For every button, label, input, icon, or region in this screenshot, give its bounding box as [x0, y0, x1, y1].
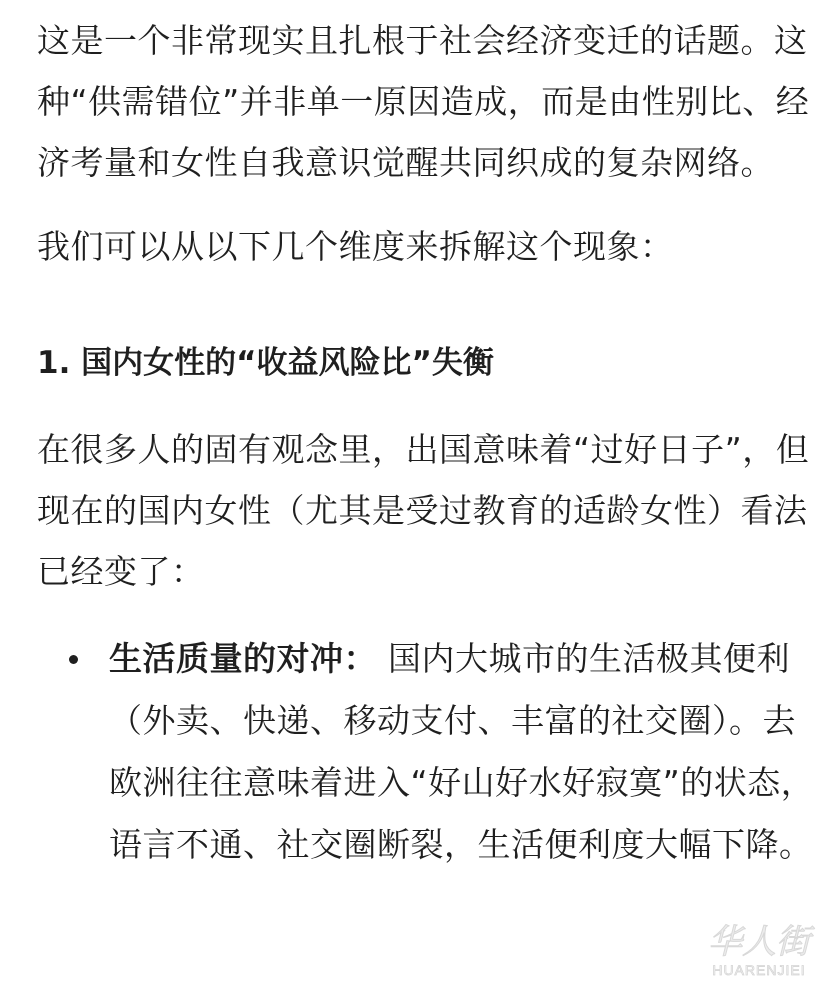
dimensions-intro: 我们可以从以下几个维度来拆解这个现象： [37, 216, 817, 277]
section-paragraph: 在很多人的固有观念里，出国意味着“过好日子”，但现在的国内女性（尤其是受过教育的… [37, 419, 817, 602]
bullet-list: 生活质量的对冲： 国内大城市的生活极其便利（外卖、快递、移动支付、丰富的社交圈）… [37, 628, 817, 876]
watermark-logo: 华人街 HUARENJIEI [684, 922, 834, 992]
list-item: 生活质量的对冲： 国内大城市的生活极其便利（外卖、快递、移动支付、丰富的社交圈）… [109, 628, 817, 876]
bullet-lead: 生活质量的对冲： [109, 639, 377, 678]
watermark-cn-text: 华人街 [684, 922, 834, 962]
bullet-icon [69, 655, 78, 664]
intro-paragraph: 这是一个非常现实且扎根于社会经济变迁的话题。这种“供需错位”并非单一原因造成，而… [37, 10, 817, 193]
section-heading: 1. 国内女性的“收益风险比”失衡 [37, 333, 817, 394]
article-content: 这是一个非常现实且扎根于社会经济变迁的话题。这种“供需错位”并非单一原因造成，而… [37, 10, 817, 876]
watermark-en-text: HUARENJIEI [684, 962, 834, 978]
